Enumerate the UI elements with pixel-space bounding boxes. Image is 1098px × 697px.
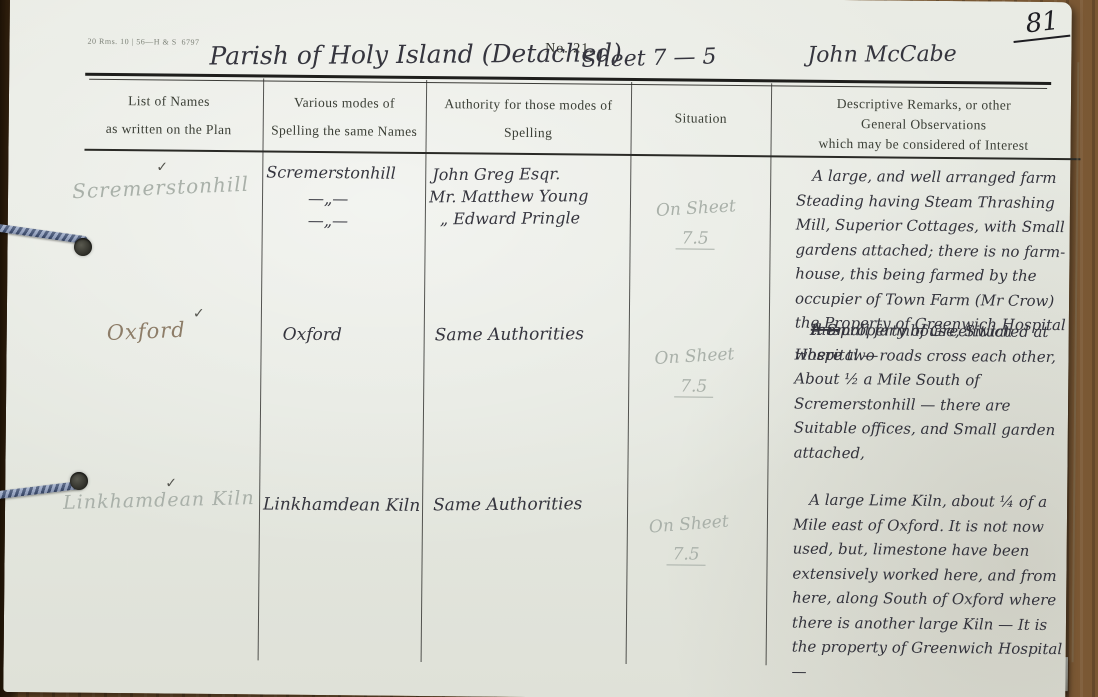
row1-authority: „ Edward Pringle bbox=[440, 208, 580, 228]
row2-remarks-text-after: the property of Greenwich Hospital — bbox=[794, 318, 1076, 370]
surveyor-name-handwriting: John McCabe bbox=[807, 42, 956, 68]
row2-spelling: Oxford bbox=[283, 325, 342, 346]
row3-plan-name: Linkhamdean Kiln bbox=[63, 487, 255, 514]
row3-remarks-text: A large Lime Kiln, about ¼ of a Mile eas… bbox=[791, 488, 1075, 687]
binding-hole bbox=[74, 238, 92, 256]
header-spelling-line2: Spelling the same Names bbox=[263, 122, 426, 140]
header-names: List of Names bbox=[75, 93, 263, 111]
printer-reference: 20 Rms. 10 | 56—H & S 6797 bbox=[87, 37, 217, 47]
row1-remarks: A large, and well arranged farm Steading… bbox=[780, 163, 1078, 166]
parish-title-handwriting: Parish of Holy Island (Detached) bbox=[209, 38, 622, 70]
header-authority-line2: Spelling bbox=[426, 124, 631, 142]
header-remarks-line2: General Observations bbox=[771, 115, 1077, 134]
row3-remarks: A large Lime Kiln, about ¼ of a Mile eas… bbox=[777, 487, 1075, 490]
row1-spelling-ditto: —„— bbox=[308, 189, 348, 208]
header-names-line2: as written on the Plan bbox=[75, 121, 263, 139]
row1-authority: John Greg Esqr. bbox=[432, 164, 560, 184]
row2-authority: Same Authorities bbox=[435, 324, 584, 345]
row1-plan-name: Scremerstonhill bbox=[72, 172, 250, 204]
row1-situation-sheet-ref: 7.5 bbox=[676, 228, 715, 249]
header-spelling: Various modes of bbox=[263, 94, 426, 112]
header-situation: Situation bbox=[631, 110, 771, 127]
column-divider bbox=[421, 80, 428, 662]
printer-reference-line1: 20 Rms. 10 | 56—H & S bbox=[87, 37, 176, 47]
row2-situation: On Sheet bbox=[654, 344, 735, 369]
column-divider bbox=[626, 82, 633, 664]
row1-spelling: Scremerstonhill bbox=[266, 162, 396, 182]
header-remarks: Descriptive Remarks, or other bbox=[771, 95, 1077, 114]
column-divider bbox=[258, 78, 265, 660]
row2-plan-name: Oxford bbox=[106, 318, 186, 345]
row2-situation-sheet-ref: 7.5 bbox=[674, 376, 713, 397]
folio-number: 81 bbox=[1010, 5, 1070, 43]
row1-checkmark-icon: ✓ bbox=[156, 159, 168, 175]
row1-situation: On Sheet bbox=[655, 196, 736, 221]
row1-spelling-ditto: —„— bbox=[308, 211, 348, 230]
row3-situation: On Sheet bbox=[648, 511, 729, 537]
row3-spelling: Linkhamdean Kiln bbox=[263, 494, 420, 516]
row1-remarks-text: A large, and well arranged farm Steading… bbox=[795, 164, 1079, 338]
header-remarks-line3: which may be considered of Interest bbox=[771, 135, 1077, 154]
binding-hole bbox=[70, 472, 88, 490]
row3-checkmark-icon: ✓ bbox=[165, 476, 177, 492]
row2-checkmark-icon: ✓ bbox=[193, 306, 205, 322]
row3-authority: Same Authorities bbox=[433, 494, 582, 515]
ledger-page: 81 20 Rms. 10 | 56—H & S 6797 No. 21. Pa… bbox=[3, 0, 1072, 697]
header-authority: Authority for those modes of bbox=[426, 96, 631, 114]
column-divider bbox=[766, 83, 773, 665]
sheet-number-handwriting: Sheet 7 — 5 bbox=[581, 44, 717, 72]
row1-authority: Mr. Matthew Young bbox=[429, 186, 589, 206]
row3-situation-sheet-ref: 7.5 bbox=[667, 544, 706, 565]
